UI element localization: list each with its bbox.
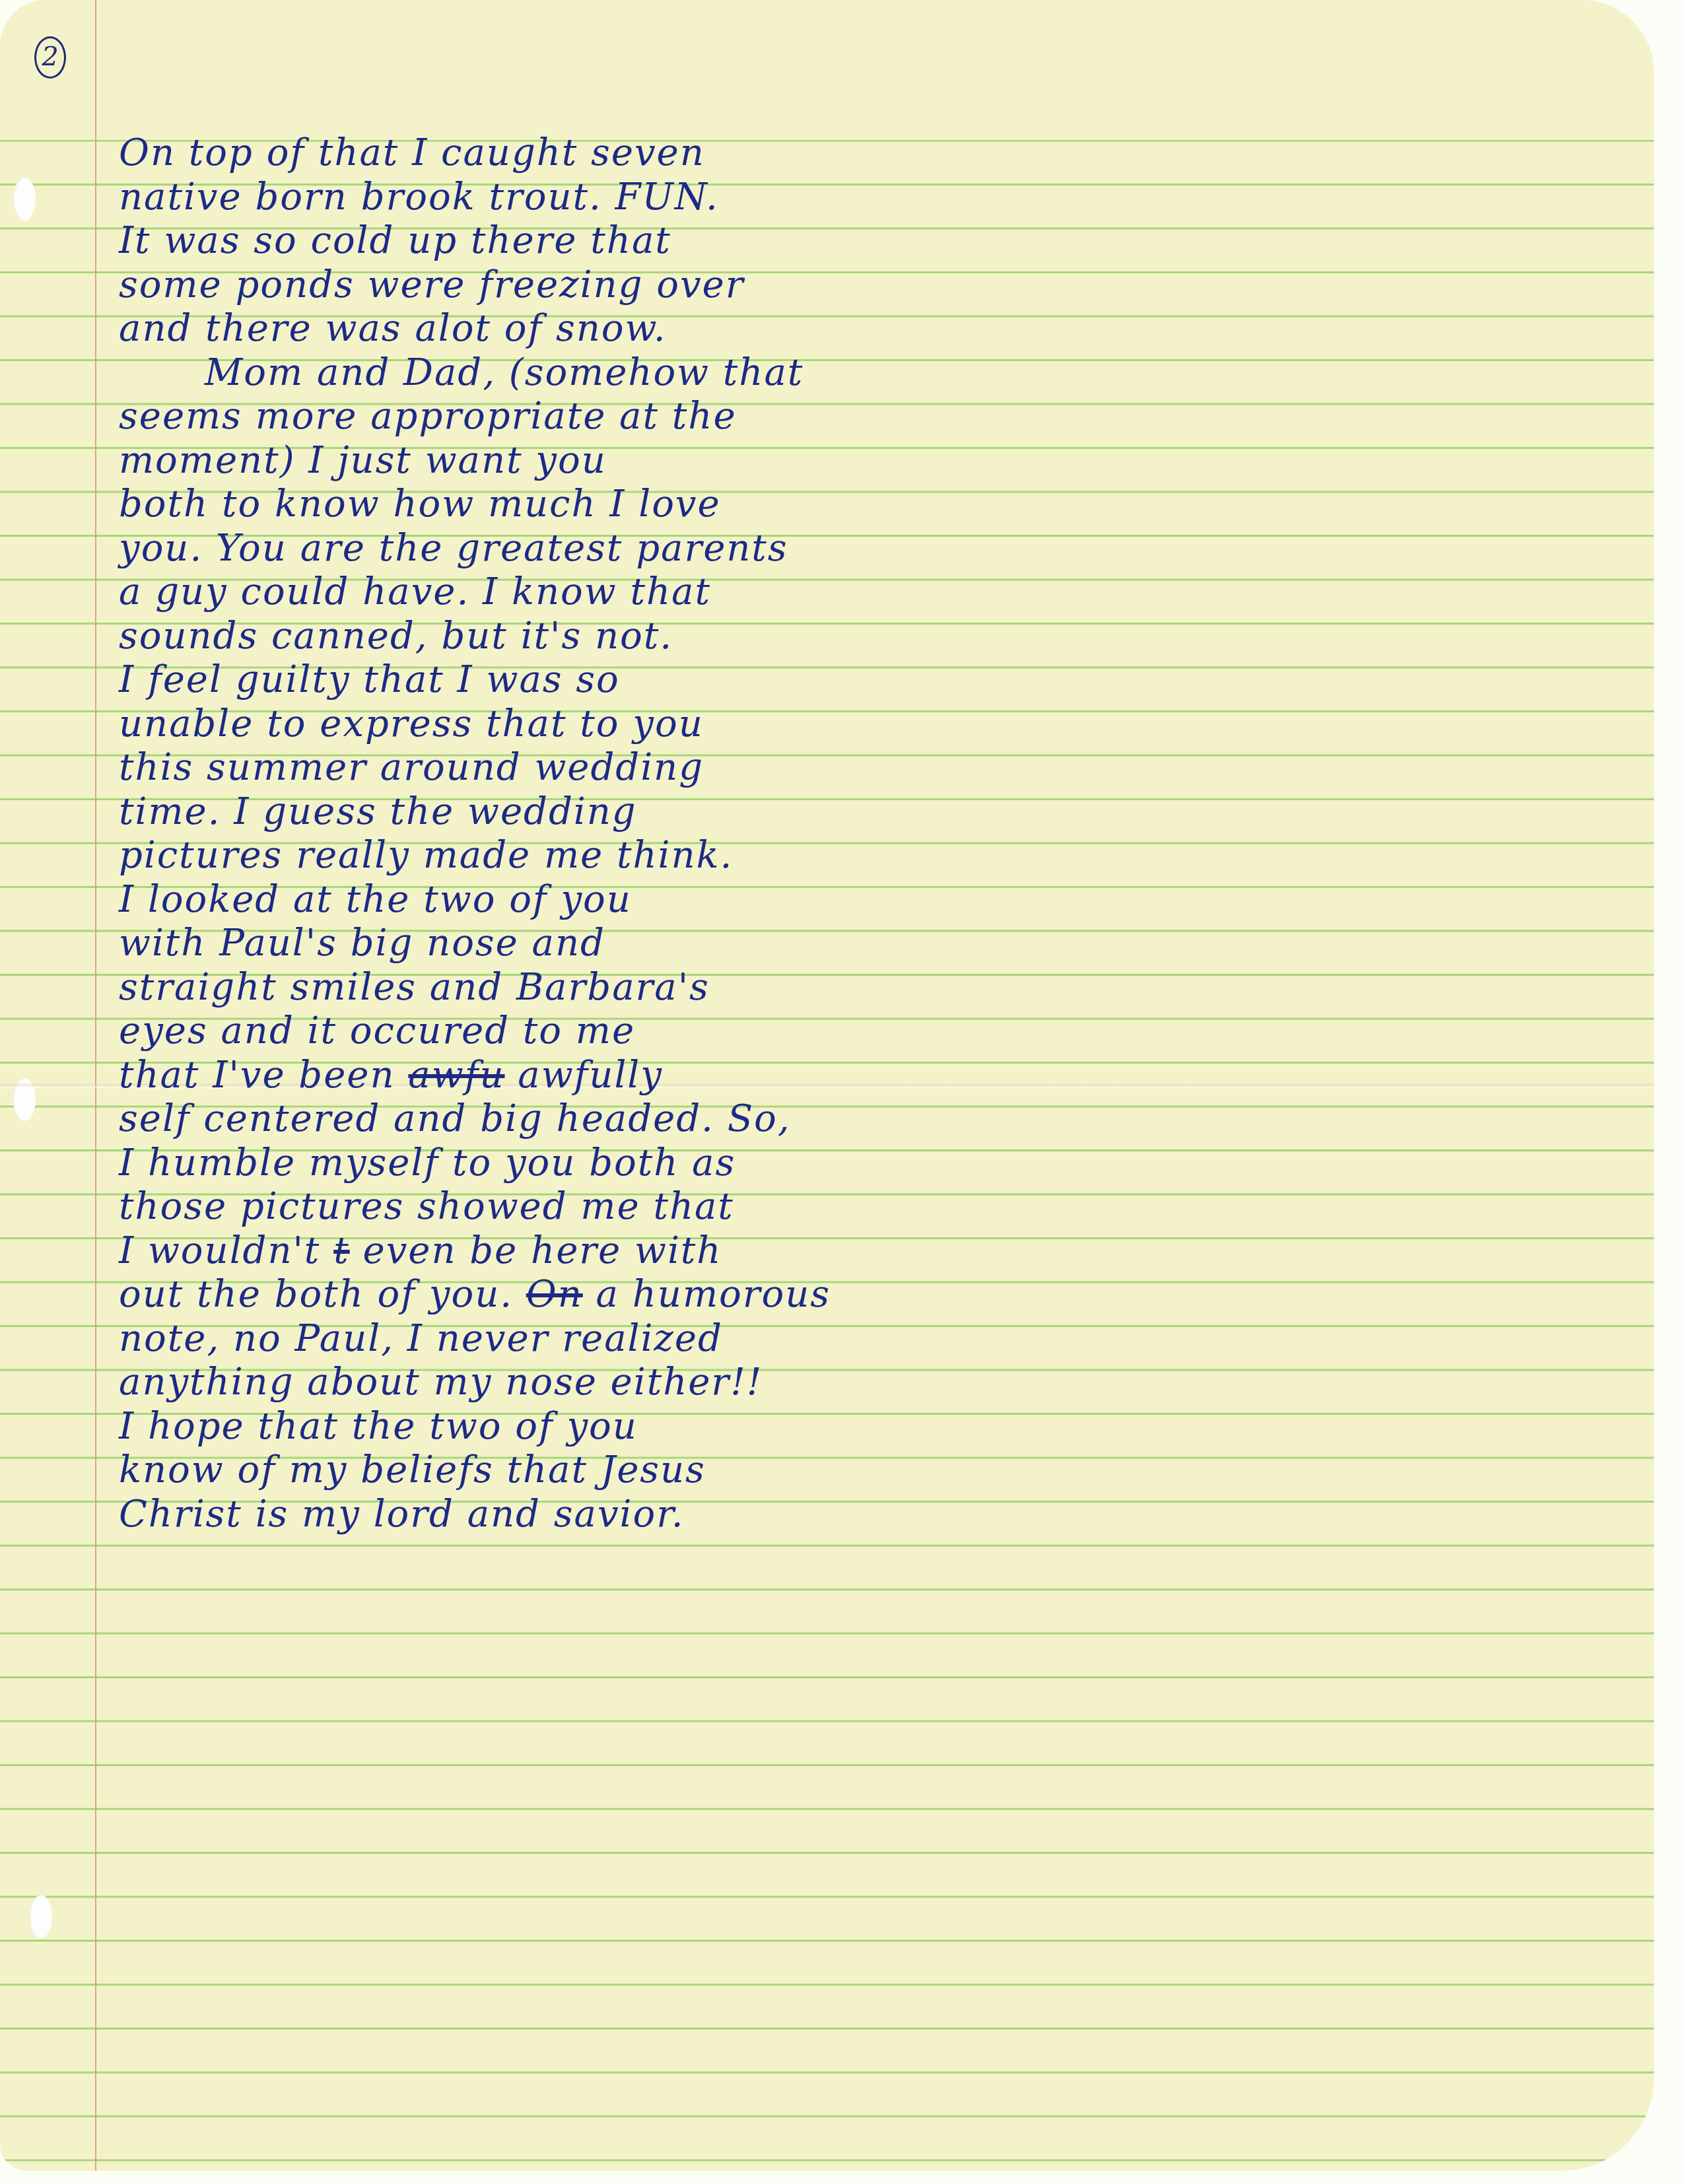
struck-out-text: On: [526, 1273, 583, 1316]
letter-line: and there was alot of snow.: [119, 307, 1637, 351]
letter-line: eyes and it occured to me: [119, 1009, 1637, 1054]
letter-line: you. You are the greatest parents: [119, 527, 1637, 571]
letter-line: seems more appropriate at the: [119, 395, 1637, 439]
letter-text: awfully: [504, 1054, 662, 1097]
letter-line: Mom and Dad, (somehow that: [119, 351, 1637, 395]
letter-text: even be here with: [350, 1229, 722, 1272]
letter-text: I wouldn't: [119, 1229, 333, 1272]
letter-line: out the both of you. On a humorous: [119, 1273, 1637, 1317]
letter-line: Christ is my lord and savior.: [119, 1493, 1637, 1537]
letter-line: I feel guilty that I was so: [119, 658, 1637, 702]
letter-line: pictures really made me think.: [119, 834, 1637, 878]
letter-line: both to know how much I love: [119, 483, 1637, 527]
letter-line: those pictures showed me that: [119, 1185, 1637, 1229]
letter-line: sounds canned, but it's not.: [119, 615, 1637, 659]
struck-out-text: t: [333, 1229, 350, 1272]
letter-line: time. I guess the wedding: [119, 790, 1637, 835]
letter-line: I hope that the two of you: [119, 1405, 1637, 1449]
letter-line: I wouldn't t even be here with: [119, 1229, 1637, 1274]
letter-line: unable to express that to you: [119, 702, 1637, 747]
letter-line: some ponds were freezing over: [119, 263, 1637, 308]
letter-line: It was so cold up there that: [119, 219, 1637, 263]
letter-text: out the both of you.: [119, 1273, 526, 1316]
letter-line: native born brook trout. FUN.: [119, 176, 1637, 220]
binder-hole-top: [13, 177, 36, 221]
notebook-page: 2 On top of that I caught sevennative bo…: [0, 0, 1654, 2171]
letter-line: self centered and big headed. So,: [119, 1097, 1637, 1142]
letter-line: note, no Paul, I never realized: [119, 1317, 1637, 1361]
letter-line: with Paul's big nose and: [119, 922, 1637, 966]
letter-line: that I've been awfu awfully: [119, 1054, 1637, 1098]
letter-body: On top of that I caught sevennative born…: [119, 141, 1637, 1546]
letter-text: a humorous: [583, 1273, 831, 1316]
letter-line: On top of that I caught seven: [119, 131, 1637, 176]
letter-line: I humble myself to you both as: [119, 1142, 1637, 1186]
letter-line: know of my beliefs that Jesus: [119, 1449, 1637, 1493]
letter-line: anything about my nose either!!: [119, 1361, 1637, 1405]
letter-line: straight smiles and Barbara's: [119, 966, 1637, 1010]
letter-text: that I've been: [119, 1054, 408, 1097]
struck-out-text: awfu: [408, 1054, 504, 1097]
letter-line: I looked at the two of you: [119, 878, 1637, 922]
letter-line: moment) I just want you: [119, 439, 1637, 483]
letter-line: a guy could have. I know that: [119, 570, 1637, 615]
page-number: 2: [34, 36, 66, 79]
binder-hole-bottom: [30, 1895, 52, 1938]
letter-line: this summer around wedding: [119, 746, 1637, 790]
